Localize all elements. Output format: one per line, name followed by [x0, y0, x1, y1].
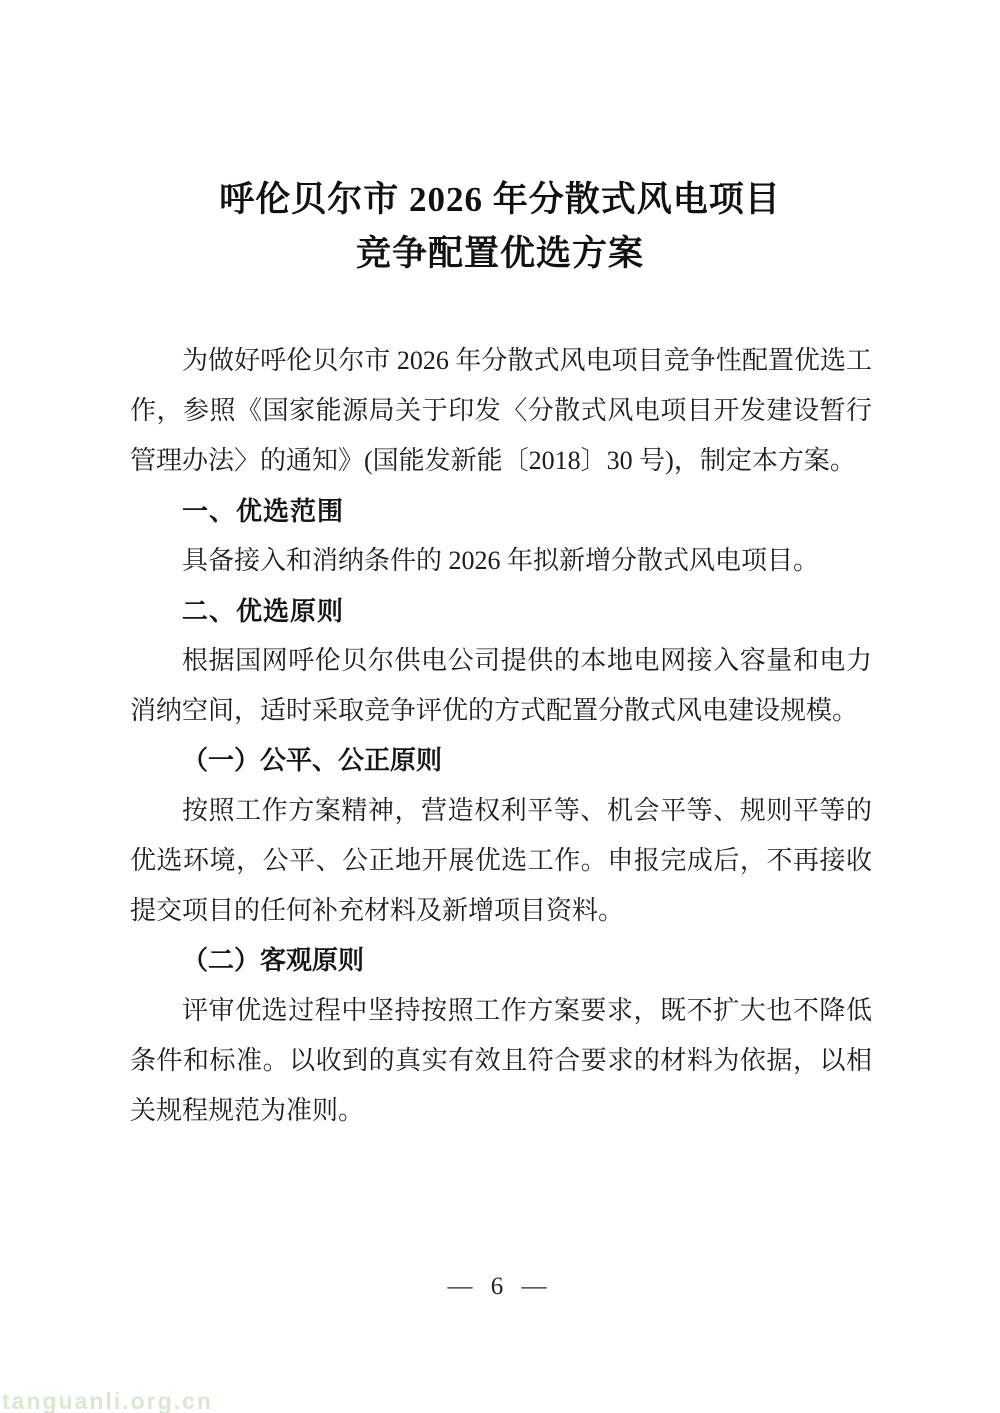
principle-2-paragraph: 评审优选过程中坚持按照工作方案要求，既不扩大也不降低条件和标准。以收到的真实有效… — [130, 986, 872, 1136]
document-title-line-1: 呼伦贝尔市 2026 年分散式风电项目 — [100, 173, 900, 227]
principle-1-heading: （一）公平、公正原则 — [130, 736, 872, 786]
section-2-heading: 二、优选原则 — [130, 586, 872, 636]
document-body: 为做好呼伦贝尔市 2026 年分散式风电项目竞争性配置优选工作，参照《国家能源局… — [130, 336, 872, 1136]
document-title-line-2: 竞争配置优选方案 — [100, 227, 900, 281]
principle-2-heading: （二）客观原则 — [130, 936, 872, 986]
page-number: — 6 — — [0, 1272, 1000, 1302]
intro-paragraph: 为做好呼伦贝尔市 2026 年分散式风电项目竞争性配置优选工作，参照《国家能源局… — [130, 336, 872, 486]
section-2-paragraph: 根据国网呼伦贝尔供电公司提供的本地电网接入容量和电力消纳空间，适时采取竞争评优的… — [130, 636, 872, 736]
watermark-text: tanguanli.org.cn — [2, 1388, 213, 1413]
principle-1-paragraph: 按照工作方案精神，营造权利平等、机会平等、规则平等的优选环境，公平、公正地开展优… — [130, 786, 872, 936]
document-page: 呼伦贝尔市 2026 年分散式风电项目 竞争配置优选方案 为做好呼伦贝尔市 20… — [0, 0, 1000, 1413]
document-title: 呼伦贝尔市 2026 年分散式风电项目 竞争配置优选方案 — [100, 173, 900, 281]
section-1-heading: 一、优选范围 — [130, 486, 872, 536]
section-1-paragraph: 具备接入和消纳条件的 2026 年拟新增分散式风电项目。 — [130, 536, 872, 586]
